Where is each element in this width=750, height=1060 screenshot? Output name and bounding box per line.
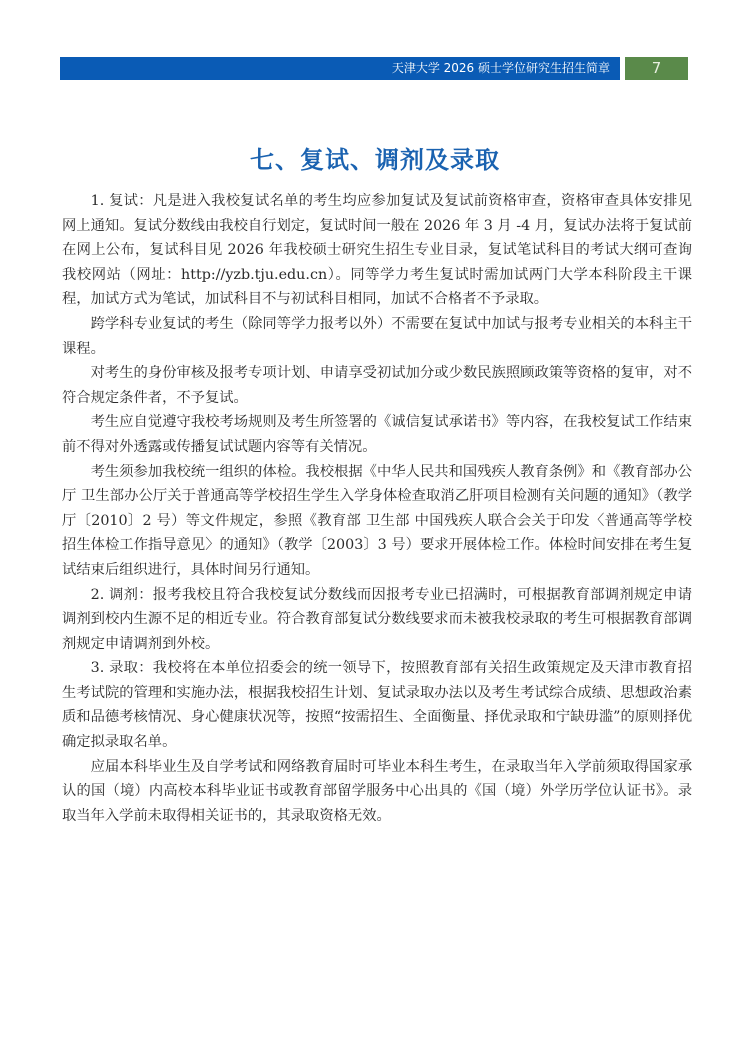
- paragraph-identity-review: 对考生的身份审核及报考专项计划、申请享受初试加分或少数民族照顾政策等资格的复审，…: [62, 361, 692, 410]
- paragraph-cross-discipline: 跨学科专业复试的考生（除同等学力报考以外）不需要在复试中加试与报考专业相关的本科…: [62, 312, 692, 361]
- paragraph-physical-exam: 考生须参加我校统一组织的体检。我校根据《中华人民共和国残疾人教育条例》和《教育部…: [62, 460, 692, 583]
- section-body: 1. 复试：凡是进入我校复试名单的考生均应参加复试及复试前资格审查，资格审查具体…: [62, 189, 692, 828]
- paragraph-graduates: 应届本科毕业生及自学考试和网络教育届时可毕业本科生考生，在录取当年入学前须取得国…: [62, 755, 692, 829]
- paragraph-adjustment: 2. 调剂：报考我校且符合我校复试分数线而因报考专业已招满时，可根据教育部调剂规…: [62, 583, 692, 657]
- page-number: 7: [625, 57, 688, 80]
- document-title: 天津大学 2026 硕士学位研究生招生简章: [392, 60, 610, 77]
- paragraph-retest: 1. 复试：凡是进入我校复试名单的考生均应参加复试及复试前资格审查，资格审查具体…: [62, 189, 692, 312]
- paragraph-integrity: 考生应自觉遵守我校考场规则及考生所签署的《诚信复试承诺书》等内容，在我校复试工作…: [62, 410, 692, 459]
- section-title: 七、复试、调剂及录取: [0, 140, 750, 175]
- paragraph-admission: 3. 录取：我校将在本单位招委会的统一领导下，按照教育部有关招生政策规定及天津市…: [62, 656, 692, 754]
- header-bar: 天津大学 2026 硕士学位研究生招生简章: [60, 57, 620, 80]
